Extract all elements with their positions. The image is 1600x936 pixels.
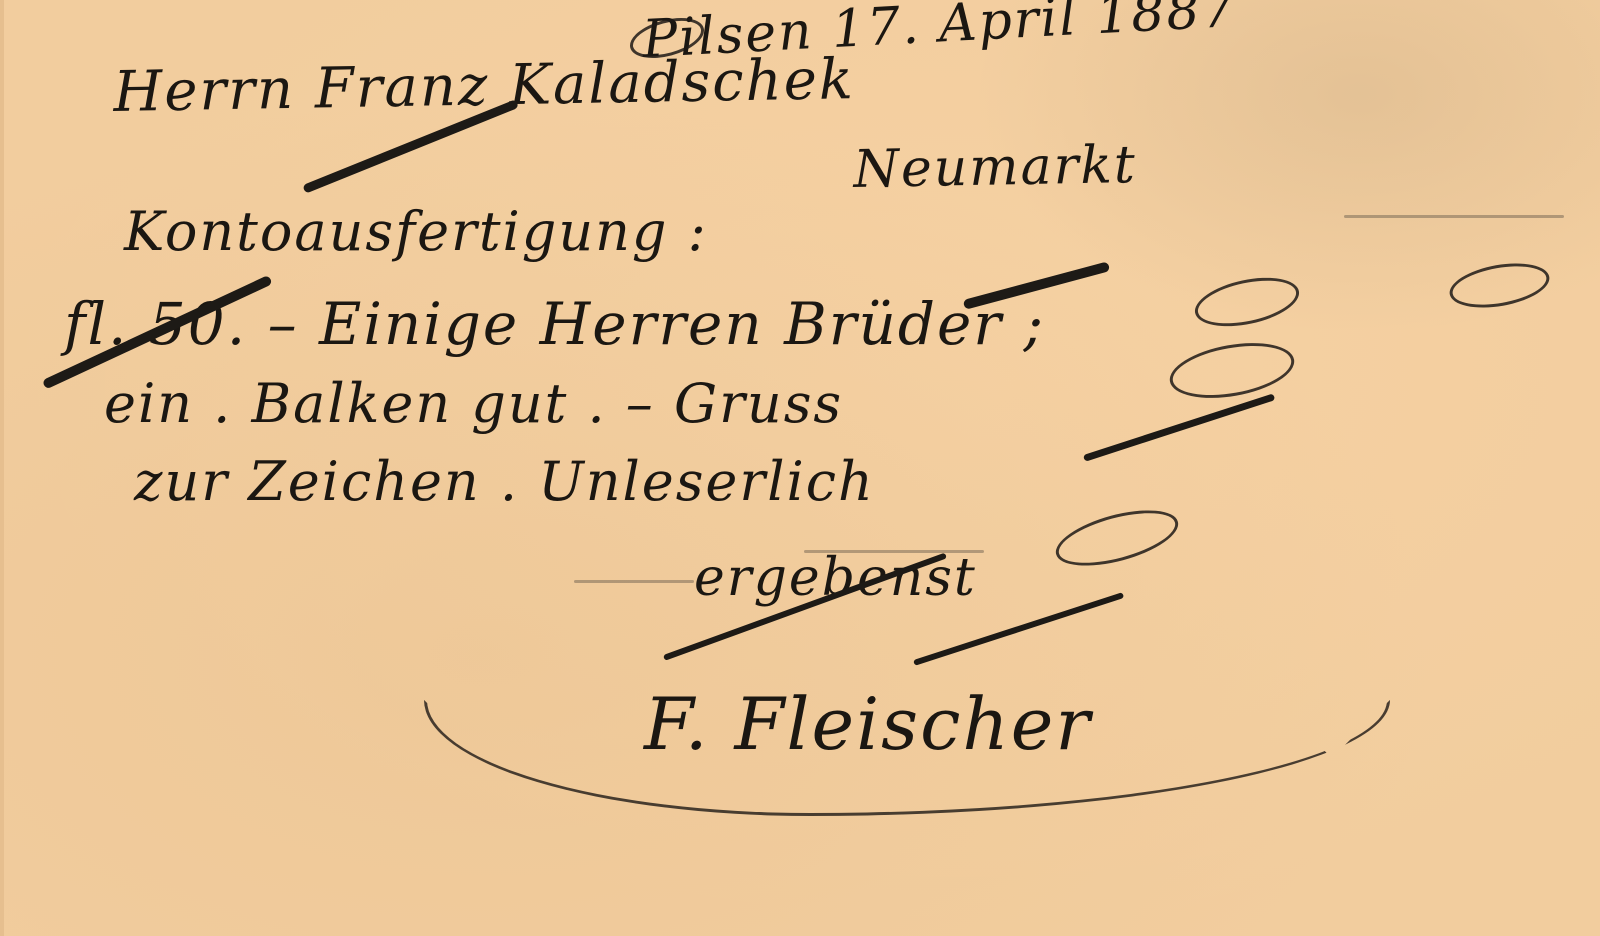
signature-flourish [424,700,1390,816]
faint-stroke [574,580,694,583]
body-line-4: zur Zeichen . Unleserlich [134,450,875,513]
faint-stroke [804,550,984,553]
ink-loop [1191,269,1304,334]
postcard: Pilsen 17. April 1887 Herrn Franz Kalads… [0,0,1600,936]
recipient-place: Neumarkt [853,135,1137,200]
ink-loop [1166,334,1299,406]
ink-stroke [1083,393,1275,461]
faint-stroke [1344,215,1564,218]
ink-loop [1050,499,1184,576]
body-line-3: ein . Balken gut . – Gruss [104,372,843,435]
ink-loop [1446,257,1553,315]
body-line-1: Kontoausfertigung : [124,200,708,263]
